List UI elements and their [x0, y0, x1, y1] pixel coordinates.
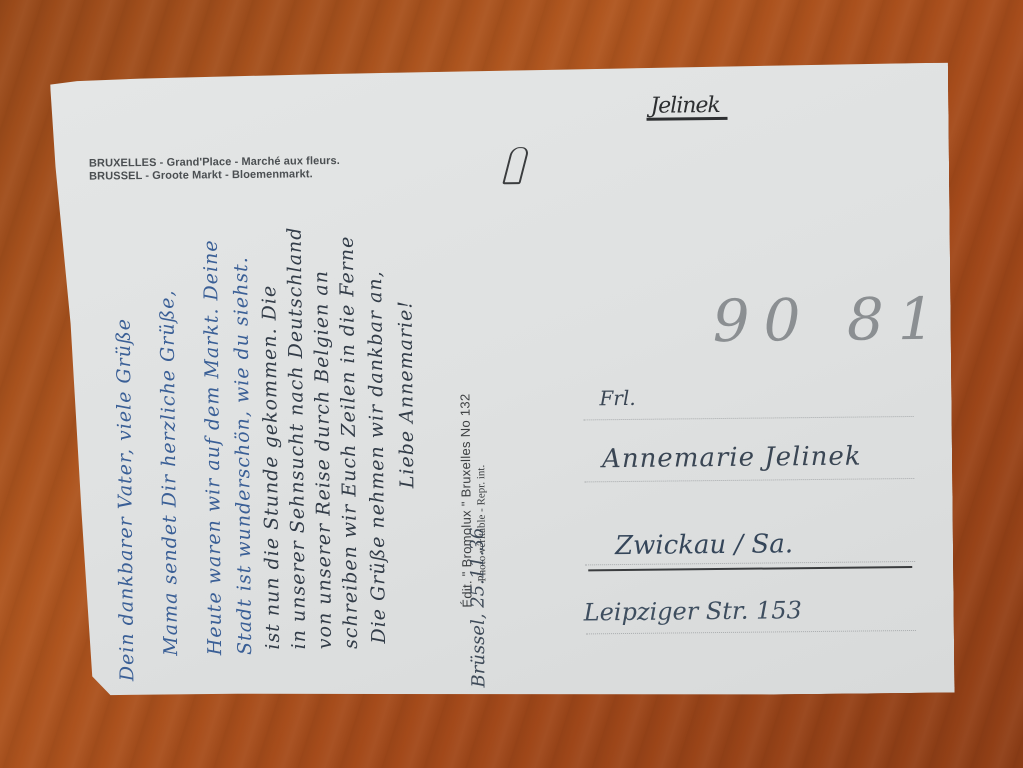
- message-line: Stadt ist wunderschön, wie du siehst.: [230, 256, 256, 655]
- message-line: ist nun die Stunde gekommen. Die: [258, 285, 284, 650]
- message-line: Heute waren wir auf dem Markt. Deine: [200, 239, 226, 655]
- caption-dutch: BRUSSEL - Groote Markt - Bloemenmarkt.: [89, 168, 340, 184]
- address-street: Leipziger Str. 153: [584, 596, 802, 626]
- address-name: Annemarie Jelinek: [602, 442, 862, 475]
- message-line: Die Grüße nehmen wir dankbar an,: [364, 270, 390, 643]
- postcard: BRUXELLES - Grand'Place - Marché aux fle…: [50, 63, 955, 702]
- message-line: von unserer Reise durch Belgien an: [310, 270, 336, 649]
- message-line: in unserer Sehnsucht nach Deutschland: [284, 227, 310, 650]
- address-city: Zwickau / Sa.: [615, 529, 793, 561]
- address-dotted-line: [584, 477, 914, 482]
- printed-caption: BRUXELLES - Grand'Place - Marché aux fle…: [89, 155, 340, 184]
- handwritten-date: Brüssel, 25.11.36: [467, 528, 490, 688]
- message-line: Liebe Annemarie!: [394, 300, 418, 488]
- signature-top: Jelinek: [650, 93, 720, 119]
- pen-mark-icon: [502, 147, 530, 184]
- address-dotted-line: [586, 629, 916, 634]
- message-line: Dein dankbarer Vater, viele Grüße: [113, 318, 139, 681]
- address-salutation: Frl.: [599, 386, 635, 410]
- address-underline: [588, 566, 912, 571]
- message-line: schreiben wir Euch Zeilen in die Ferne: [336, 236, 362, 649]
- pencil-number: 90 81: [712, 285, 949, 355]
- address-dotted-line: [584, 415, 914, 420]
- message-line: Mama sendet Dir herzliche Grüße,: [156, 289, 182, 655]
